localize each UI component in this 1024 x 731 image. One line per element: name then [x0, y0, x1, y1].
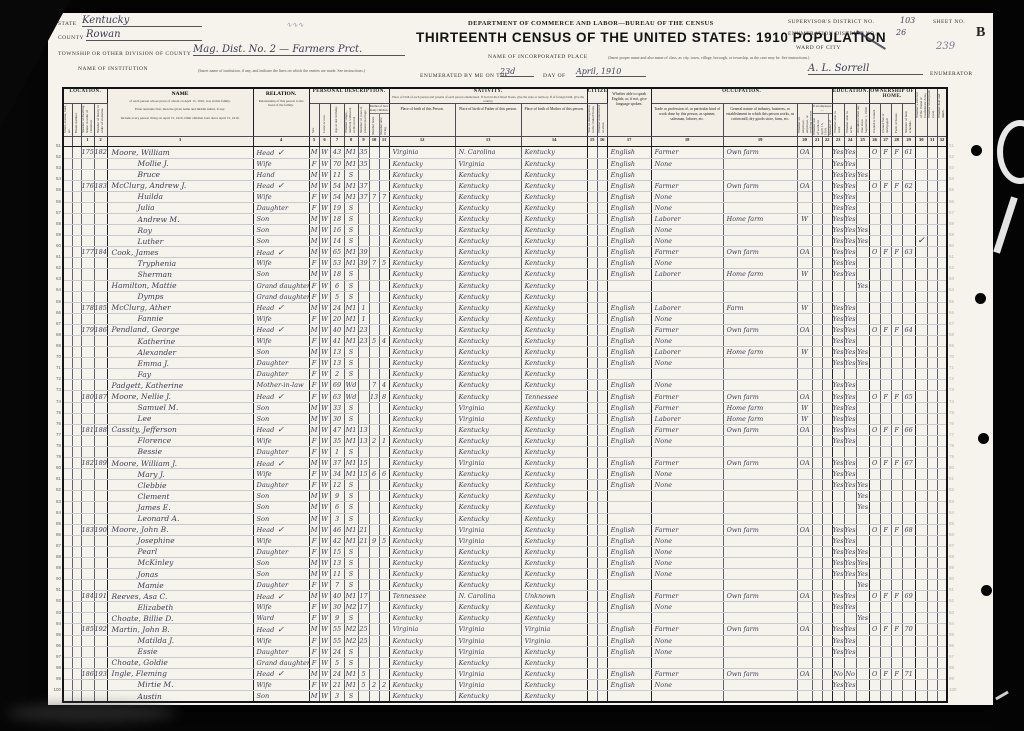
table-row: Emma J. Daughter F W 13 S Kentucky Kentu… [63, 358, 947, 369]
line-number: 98 [949, 665, 961, 676]
cell-immigration-year [587, 380, 597, 391]
cell-weeks-out [822, 469, 832, 480]
cell-street [63, 691, 72, 703]
cell-farm-schedule [902, 202, 915, 213]
table-row: Fannie Wife F W 20 M1 1 Kentucky Kentuck… [63, 313, 947, 324]
cell-farm-house: F [891, 591, 902, 602]
cell-birthplace: Kentucky [389, 458, 455, 469]
state-value: Kentucky [82, 15, 202, 27]
county-label: County [58, 35, 84, 41]
cell-age: 24 [330, 668, 344, 679]
cell-naturalized [597, 546, 607, 557]
cell-birthplace: Kentucky [389, 502, 455, 513]
cell-out-of-work [812, 568, 822, 579]
cell-years-married [358, 280, 369, 291]
line-number: 61 [949, 254, 961, 265]
cell-owned-rented [869, 435, 880, 446]
cell-marital-status: M1 [344, 679, 358, 690]
cell-out-of-work [812, 502, 822, 513]
cell-farm-house [891, 202, 902, 213]
cell-blind [927, 213, 937, 224]
cell-farm-schedule [902, 380, 915, 391]
cell-naturalized [597, 347, 607, 358]
cell-naturalized [597, 336, 607, 347]
cell-children-born [369, 369, 379, 380]
cell-free-mortgaged [880, 413, 891, 424]
cell-age: 13 [330, 557, 344, 568]
cell-relation: Son [253, 568, 309, 579]
cell-occupation: None [651, 546, 723, 557]
cell-deaf [937, 535, 947, 546]
cell-immigration-year [587, 446, 597, 457]
line-number: 97 [49, 654, 61, 665]
cell-birthplace: Kentucky [389, 424, 455, 435]
cell-farm-house [891, 236, 902, 247]
cell-farm-house [891, 302, 902, 313]
cell-deaf [937, 358, 947, 369]
cell-deaf [937, 324, 947, 335]
cell-house-number [72, 546, 81, 557]
cell-sex: M [309, 591, 319, 602]
cell-can-read: Yes [832, 635, 844, 646]
cell-children-born [369, 247, 379, 258]
cell-immigration-year [587, 679, 597, 690]
cell-dwelling-number [81, 502, 94, 513]
cell-house-number [72, 602, 81, 613]
line-number: 59 [949, 232, 961, 243]
cell-can-write: Yes [844, 236, 856, 247]
cell-age: 47 [330, 424, 344, 435]
cell-blind [927, 413, 937, 424]
line-number: 64 [49, 287, 61, 298]
cell-language: English [607, 336, 651, 347]
cell-relation: Head [253, 324, 309, 335]
cell-children-born [369, 446, 379, 457]
cell-industry: Own farm [723, 458, 797, 469]
cell-mother-birthplace: Kentucky [521, 247, 587, 258]
cell-language: English [607, 236, 651, 247]
cell-age: 13 [330, 358, 344, 369]
cell-naturalized [597, 679, 607, 690]
cell-attended-school: Yes [856, 347, 869, 358]
cell-father-birthplace: Kentucky [455, 380, 521, 391]
cell-children-living [379, 225, 389, 236]
line-number: 53 [949, 165, 961, 176]
line-number: 71 [949, 365, 961, 376]
cell-relation: Daughter [253, 546, 309, 557]
line-number: 89 [949, 565, 961, 576]
cell-relation: Wife [253, 535, 309, 546]
cell-employment-status: OA [797, 324, 812, 335]
cell-owned-rented [869, 302, 880, 313]
cell-owned-rented [869, 225, 880, 236]
cell-naturalized [597, 225, 607, 236]
cell-naturalized [597, 535, 607, 546]
cell-immigration-year [587, 635, 597, 646]
cell-father-birthplace: Kentucky [455, 291, 521, 302]
cell-weeks-out [822, 158, 832, 169]
cell-family-number [94, 291, 107, 302]
cell-relation: Ward [253, 613, 309, 624]
cell-mother-birthplace: Kentucky [521, 469, 587, 480]
cell-name: Cook, James [107, 247, 253, 258]
cell-can-write: Yes [844, 269, 856, 280]
cell-out-of-work [812, 602, 822, 613]
cell-years-married [358, 380, 369, 391]
cell-dwelling-number [81, 469, 94, 480]
cell-occupation: None [651, 469, 723, 480]
cell-farm-house: F [891, 391, 902, 402]
cell-free-mortgaged [880, 347, 891, 358]
cell-language: English [607, 413, 651, 424]
cell-age: 24 [330, 302, 344, 313]
day-of-label: day of [543, 73, 566, 79]
cell-sex: F [309, 546, 319, 557]
cell-birthplace: Kentucky [389, 347, 455, 358]
cell-age: 55 [330, 624, 344, 635]
township-value: Mag. Dist. No. 2 — Farmers Prct. [193, 44, 405, 56]
cell-years-married [358, 691, 369, 703]
cell-can-read: Yes [832, 480, 844, 491]
cell-naturalized [597, 391, 607, 402]
cell-farm-schedule: 69 [902, 591, 915, 602]
line-number: 85 [949, 521, 961, 532]
line-number: 85 [49, 521, 61, 532]
cell-family-number [94, 491, 107, 502]
cell-can-read: Yes [832, 180, 844, 191]
cell-children-born [369, 213, 379, 224]
cell-years-married: 39 [358, 258, 369, 269]
cell-father-birthplace: Kentucky [455, 391, 521, 402]
cell-house-number [72, 524, 81, 535]
cell-race: W [319, 291, 330, 302]
cell-birthplace: Kentucky [389, 324, 455, 335]
cell-race: W [319, 635, 330, 646]
cell-age: 16 [330, 225, 344, 236]
cell-sex: M [309, 458, 319, 469]
cell-occupation [651, 280, 723, 291]
cell-marital-status: S [344, 269, 358, 280]
cell-dwelling-number [81, 202, 94, 213]
cell-language [607, 691, 651, 703]
cell-marital-status: M1 [344, 591, 358, 602]
cell-father-birthplace: Kentucky [455, 602, 521, 613]
cell-farm-schedule [902, 679, 915, 690]
cell-dwelling-number: 182 [81, 458, 94, 469]
cell-birthplace: Kentucky [389, 446, 455, 457]
cell-occupation: None [651, 202, 723, 213]
line-number: 70 [49, 354, 61, 365]
cell-children-born: 7 [369, 380, 379, 391]
cell-age: 54 [330, 180, 344, 191]
cell-dwelling-number [81, 679, 94, 690]
cell-family-number: 188 [94, 424, 107, 435]
cell-farm-schedule [902, 646, 915, 657]
cell-deaf [937, 446, 947, 457]
cell-marital-status: S [344, 513, 358, 524]
cell-name: Martin, John B. [107, 624, 253, 635]
cell-industry [723, 602, 797, 613]
cell-out-of-work [812, 147, 822, 158]
cell-veteran [915, 657, 927, 668]
line-number: 76 [49, 421, 61, 432]
cell-father-birthplace: Kentucky [455, 269, 521, 280]
cell-street [63, 524, 72, 535]
table-row: Clement Son M W 9 S Kentucky Kentucky Ke… [63, 491, 947, 502]
cell-weeks-out [822, 225, 832, 236]
cell-owned-rented [869, 213, 880, 224]
table-row: Choate, Goldie Grand daughter F W 5 S Ke… [63, 657, 947, 668]
cell-owned-rented [869, 258, 880, 269]
cell-father-birthplace: Kentucky [455, 324, 521, 335]
cell-house-number [72, 624, 81, 635]
cell-age: 30 [330, 602, 344, 613]
cell-children-born: 7 [369, 191, 379, 202]
cell-marital-status: S [344, 369, 358, 380]
cell-language: English [607, 225, 651, 236]
cell-owned-rented: O [869, 591, 880, 602]
cell-attended-school [856, 524, 869, 535]
cell-industry [723, 446, 797, 457]
cell-street [63, 313, 72, 324]
cell-attended-school [856, 302, 869, 313]
cell-industry [723, 258, 797, 269]
cell-occupation: None [651, 535, 723, 546]
cell-sex: F [309, 613, 319, 624]
cell-veteran [915, 568, 927, 579]
cell-name: Bruce [107, 169, 253, 180]
cell-deaf [937, 580, 947, 591]
table-row: 180 187 Moore, Nellie J. Head F W 63 Wd … [63, 391, 947, 402]
group-education: EDUCATION. [832, 88, 869, 104]
cell-street [63, 568, 72, 579]
cell-house-number [72, 169, 81, 180]
cell-weeks-out [822, 302, 832, 313]
cell-name: Fay [107, 369, 253, 380]
cell-farm-house: F [891, 180, 902, 191]
cell-farm-schedule [902, 568, 915, 579]
cell-marital-status: S [344, 413, 358, 424]
cell-employment-status [797, 535, 812, 546]
cell-mother-birthplace: Kentucky [521, 280, 587, 291]
cell-veteran [915, 213, 927, 224]
cell-can-read [832, 657, 844, 668]
cell-street [63, 679, 72, 690]
scan-edge-top [0, 0, 1024, 13]
cell-employment-status [797, 613, 812, 624]
cell-age: 20 [330, 313, 344, 324]
cell-street [63, 402, 72, 413]
cell-attended-school: Yes [856, 169, 869, 180]
cell-can-write: Yes [844, 602, 856, 613]
cell-immigration-year [587, 369, 597, 380]
cell-father-birthplace: Kentucky [455, 469, 521, 480]
cell-farm-house: F [891, 668, 902, 679]
cell-race: W [319, 202, 330, 213]
cell-language: English [607, 624, 651, 635]
cell-relation: Head [253, 391, 309, 402]
cell-can-write [844, 657, 856, 668]
cell-marital-status: M1 [344, 435, 358, 446]
cell-weeks-out [822, 180, 832, 191]
group-location: LOCATION. [63, 88, 107, 104]
cell-children-living [379, 458, 389, 469]
cell-can-read: Yes [832, 391, 844, 402]
cell-house-number [72, 247, 81, 258]
institution-note: (Insert name of institution, if any, and… [198, 68, 408, 73]
cell-farm-house: F [891, 424, 902, 435]
cell-children-born [369, 236, 379, 247]
cell-marital-status: M1 [344, 324, 358, 335]
cell-naturalized [597, 369, 607, 380]
cell-name: Dymps [107, 291, 253, 302]
cell-blind [927, 280, 937, 291]
cell-race: W [319, 247, 330, 258]
cell-industry [723, 513, 797, 524]
cell-owned-rented [869, 613, 880, 624]
cell-blind [927, 358, 937, 369]
cell-farm-schedule: 65 [902, 391, 915, 402]
cell-naturalized [597, 402, 607, 413]
cell-farm-house [891, 158, 902, 169]
cell-weeks-out [822, 202, 832, 213]
cell-sex: M [309, 557, 319, 568]
line-number: 51 [949, 143, 961, 154]
cell-industry [723, 225, 797, 236]
line-number: 99 [49, 676, 61, 687]
cell-employment-status [797, 225, 812, 236]
cell-family-number: 186 [94, 324, 107, 335]
cell-birthplace: Kentucky [389, 668, 455, 679]
cell-dwelling-number: 175 [81, 147, 94, 158]
cell-employment-status: W [797, 347, 812, 358]
cell-industry [723, 568, 797, 579]
cell-age: 12 [330, 480, 344, 491]
cell-name: Clement [107, 491, 253, 502]
cell-deaf [937, 213, 947, 224]
cell-father-birthplace: Kentucky [455, 191, 521, 202]
cell-street [63, 580, 72, 591]
cell-birthplace: Kentucky [389, 469, 455, 480]
table-row: Samuel M. Son M W 33 S Kentucky Virginia… [63, 402, 947, 413]
cell-industry: Home farm [723, 213, 797, 224]
cell-children-living: 1 [379, 435, 389, 446]
cell-birthplace: Kentucky [389, 380, 455, 391]
cell-family-number [94, 413, 107, 424]
cell-house-number [72, 291, 81, 302]
col-header-free-mortgaged: Owned free or mortgaged. [880, 104, 891, 137]
cell-father-birthplace: Kentucky [455, 546, 521, 557]
cell-dwelling-number [81, 269, 94, 280]
cell-industry: Own farm [723, 391, 797, 402]
cell-street [63, 236, 72, 247]
cell-veteran [915, 324, 927, 335]
cell-can-read: Yes [832, 380, 844, 391]
cell-years-married [358, 502, 369, 513]
cell-street [63, 169, 72, 180]
line-number: 95 [49, 632, 61, 643]
line-number: 87 [949, 543, 961, 554]
cell-owned-rented [869, 502, 880, 513]
line-number: 65 [49, 299, 61, 310]
cell-can-read: Yes [832, 546, 844, 557]
cell-immigration-year [587, 524, 597, 535]
cell-naturalized [597, 202, 607, 213]
cell-occupation: None [651, 646, 723, 657]
cell-sex: M [309, 568, 319, 579]
cell-father-birthplace: Virginia [455, 646, 521, 657]
cell-relation: Wife [253, 602, 309, 613]
cell-employment-status [797, 557, 812, 568]
cell-immigration-year [587, 646, 597, 657]
cell-relation: Daughter [253, 446, 309, 457]
cell-attended-school: Yes [856, 358, 869, 369]
cell-mother-birthplace: Kentucky [521, 202, 587, 213]
cell-owned-rented [869, 580, 880, 591]
cell-can-write [844, 502, 856, 513]
table-row: Essie Daughter F W 24 S Kentucky Virgini… [63, 646, 947, 657]
cell-dwelling-number: 180 [81, 391, 94, 402]
cell-employment-status [797, 491, 812, 502]
cell-children-born [369, 613, 379, 624]
cell-deaf [937, 435, 947, 446]
line-number: 90 [949, 576, 961, 587]
cell-farm-house [891, 502, 902, 513]
cell-relation: Daughter [253, 202, 309, 213]
cell-marital-status: S [344, 502, 358, 513]
cell-out-of-work [812, 158, 822, 169]
col-header-house-number: House number. [72, 104, 81, 137]
ink-scribble: ∿∿∿ [286, 21, 304, 29]
cell-father-birthplace: Kentucky [455, 691, 521, 703]
cell-language: English [607, 668, 651, 679]
col-header-farm-schedule: Number of farm schedule. [902, 104, 915, 137]
cell-naturalized [597, 324, 607, 335]
cell-immigration-year [587, 324, 597, 335]
cell-immigration-year [587, 358, 597, 369]
cell-weeks-out [822, 313, 832, 324]
cell-veteran [915, 435, 927, 446]
cell-children-living [379, 413, 389, 424]
cell-farm-schedule [902, 347, 915, 358]
cell-mother-birthplace: Unknown [521, 591, 587, 602]
cell-family-number: 182 [94, 147, 107, 158]
col-header-immigration-year: Year of immigration to the United States… [587, 104, 597, 137]
cell-free-mortgaged [880, 158, 891, 169]
department-line: DEPARTMENT OF COMMERCE AND LABOR—BUREAU … [468, 20, 714, 27]
cell-farm-house [891, 358, 902, 369]
cell-weeks-out [822, 535, 832, 546]
cell-immigration-year [587, 258, 597, 269]
cell-street [63, 513, 72, 524]
cell-sex: F [309, 202, 319, 213]
cell-father-birthplace: Kentucky [455, 247, 521, 258]
cell-attended-school [856, 446, 869, 457]
cell-employment-status [797, 602, 812, 613]
cell-attended-school [856, 380, 869, 391]
cell-industry [723, 358, 797, 369]
cell-dwelling-number [81, 480, 94, 491]
cell-immigration-year [587, 158, 597, 169]
cell-birthplace: Kentucky [389, 546, 455, 557]
cell-mother-birthplace: Kentucky [521, 613, 587, 624]
table-row: Mamie Daughter F W 7 S Kentucky Kentucky… [63, 580, 947, 591]
cell-dwelling-number [81, 535, 94, 546]
cell-owned-rented: O [869, 524, 880, 535]
table-row: Lee Son M W 30 S Kentucky Virginia Kentu… [63, 413, 947, 424]
cell-age: 18 [330, 269, 344, 280]
cell-children-living [379, 657, 389, 668]
